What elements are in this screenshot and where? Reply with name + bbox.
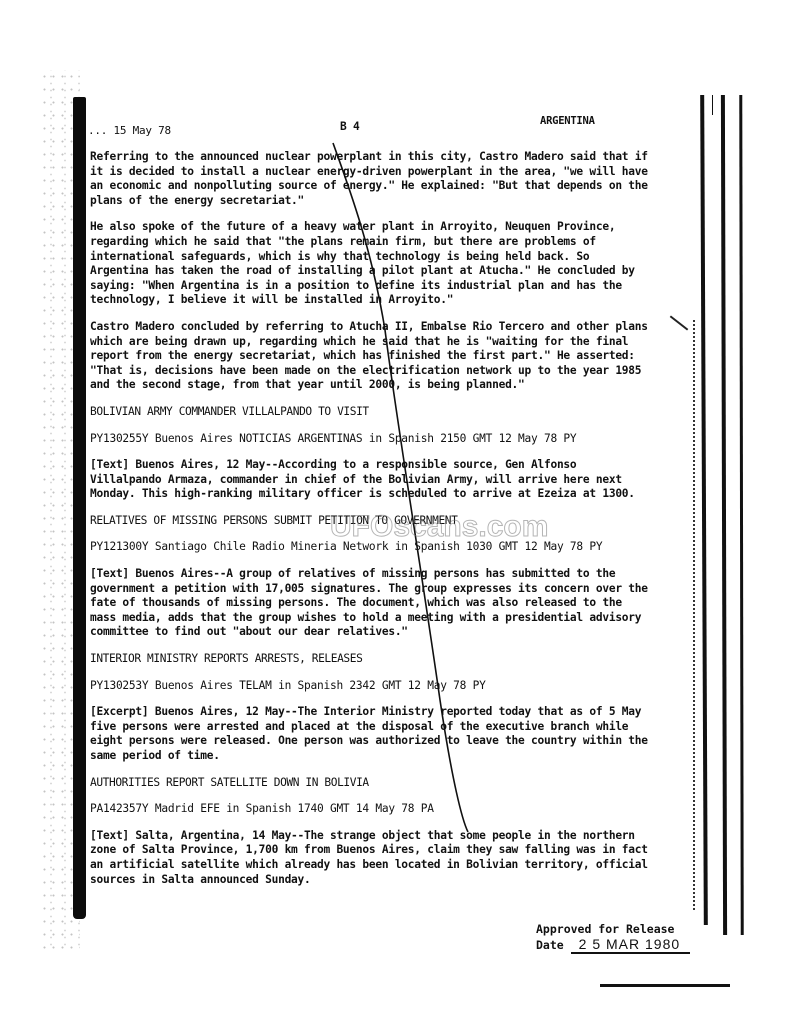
header-date: ... 15 May 78 — [88, 124, 171, 139]
left-binding-bar — [73, 97, 86, 919]
right-dotted-line — [693, 320, 695, 910]
article-body: [Text] Buenos Aires--A group of relative… — [90, 567, 650, 640]
header-page-number: B 4 — [340, 120, 359, 135]
article: AUTHORITIES REPORT SATELLITE DOWN IN BOL… — [90, 776, 650, 888]
document-page: ... 15 May 78 B 4 ARGENTINA Referring to… — [90, 110, 650, 899]
intro-paragraph: He also spoke of the future of a heavy w… — [90, 220, 650, 308]
article-heading: AUTHORITIES REPORT SATELLITE DOWN IN BOL… — [90, 776, 650, 791]
article-heading: BOLIVIAN ARMY COMMANDER VILLALPANDO TO V… — [90, 405, 650, 420]
article: BOLIVIAN ARMY COMMANDER VILLALPANDO TO V… — [90, 405, 650, 502]
margin-slash-mark — [670, 315, 689, 330]
approval-line: Approved for Release — [536, 922, 690, 937]
approval-date-label: Date — [536, 938, 564, 952]
article-body: [Text] Buenos Aires, 12 May--According t… — [90, 458, 650, 502]
article: INTERIOR MINISTRY REPORTS ARRESTS, RELEA… — [90, 652, 650, 764]
article-heading: INTERIOR MINISTRY REPORTS ARRESTS, RELEA… — [90, 652, 650, 667]
right-margin-line — [739, 95, 743, 935]
intro-paragraph: Castro Madero concluded by referring to … — [90, 320, 650, 393]
article-dateline: PY130253Y Buenos Aires TELAM in Spanish … — [90, 679, 650, 694]
watermark: UFOscans.com — [330, 510, 548, 544]
approval-date-value: 2 5 MAR 1980 — [571, 936, 691, 954]
article-body: [Excerpt] Buenos Aires, 12 May--The Inte… — [90, 705, 650, 763]
right-margin-line — [721, 95, 727, 935]
intro-paragraph: Referring to the announced nuclear power… — [90, 150, 650, 208]
article-dateline: PY130255Y Buenos Aires NOTICIAS ARGENTIN… — [90, 432, 650, 447]
page-header: ... 15 May 78 B 4 ARGENTINA — [90, 110, 650, 136]
article-dateline: PA142357Y Madrid EFE in Spanish 1740 GMT… — [90, 802, 650, 817]
approval-stamp: Approved for Release Date 2 5 MAR 1980 — [536, 922, 690, 953]
right-margin-tick — [712, 95, 713, 115]
article-body: [Text] Salta, Argentina, 14 May--The str… — [90, 829, 650, 887]
header-country: ARGENTINA — [540, 114, 595, 129]
bottom-rule — [600, 984, 730, 987]
approval-date-row: Date 2 5 MAR 1980 — [536, 937, 690, 953]
right-margin-line — [700, 95, 708, 925]
